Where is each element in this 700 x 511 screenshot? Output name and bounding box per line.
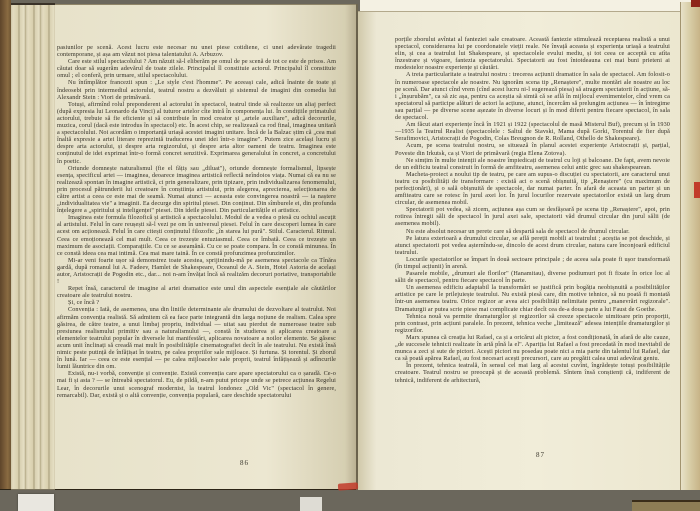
paragraph: Acum, pe scena teatrului nostru, se situ… [395, 142, 670, 156]
paragraph: Marx spunea că creația lui Rafael, ca și… [395, 334, 670, 362]
paragraph: Locurile spectatorilor se împart în două… [395, 256, 670, 270]
paragraph: Macheta-proiect a noului tip de teatru, … [395, 171, 670, 206]
paragraph: Mi-ar veni foarte ușor să demonstrez toa… [57, 257, 336, 285]
paragraph: Pasarele mobile, „drumuri ale florilor" … [395, 270, 670, 284]
paragraph: porțile zborului avîntat al fanteziei sa… [395, 36, 670, 71]
open-book: pasiunilor pe scenă. Acest lucru este ne… [0, 0, 700, 492]
paragraph: Oriunde domnește naturalismul (fie el fă… [57, 165, 336, 215]
red-bookmark-side [694, 182, 700, 198]
book-cover-bottom-edge [632, 500, 700, 511]
page-edge-stack [11, 3, 55, 490]
page-number: 87 [536, 451, 545, 459]
red-bookmark-top [691, 0, 700, 7]
right-page-text: porțile zborului avîntat al fanteziei sa… [395, 36, 670, 384]
paragraph: Un asemenea edificiu adaptabil la transf… [395, 284, 670, 312]
paragraph: Care este stilul spectacolului ? Am năzu… [57, 58, 336, 79]
paragraph: Și, ce încă ? [57, 299, 336, 306]
paragraph: Nu întîmplător francezii spun : „Le styl… [57, 79, 336, 100]
right-page-edge [680, 2, 700, 490]
paragraph: Totuși, afirmînd rolul preponderent al a… [57, 101, 336, 165]
paragraph: Tehnica nouă va permite dramaturgilor și… [395, 313, 670, 334]
paragraph: Convenția : Iată, de asemenea, una din l… [57, 306, 336, 370]
book-spine-edge [0, 0, 11, 489]
paragraph: Imaginea este formula filozofică și arti… [57, 214, 336, 257]
book-photo: pasiunilor pe scenă. Acest lucru este ne… [0, 0, 700, 511]
left-page-text: pasiunilor pe scenă. Acest lucru este ne… [57, 44, 336, 399]
paragraph: pasiunilor pe scenă. Acest lucru este ne… [57, 44, 336, 58]
paragraph: În prezent, tehnica teatrală, în sensul … [395, 362, 670, 383]
paragraph: Ne simțim în multe intenții ale noastre … [395, 157, 670, 171]
paragraph: Există, nu-i vorbă, convenție și convenț… [57, 370, 336, 398]
paragraph: Repet însă, caracterul de imagine al art… [57, 285, 336, 299]
paper-scrap [300, 497, 322, 511]
paragraph: Nu este absolut necesar un perete care s… [395, 228, 670, 235]
book-gutter [356, 4, 358, 490]
paragraph: Spectatorii pot vedea, să zicem, acțiune… [395, 206, 670, 227]
red-mark [338, 482, 358, 490]
paragraph: Pe latura exterioară a drumului circular… [395, 235, 670, 256]
paragraph: Am făcut atari experiențe încă în 1921 ș… [395, 121, 670, 142]
paper-scrap [18, 494, 54, 511]
page-number: 86 [240, 459, 249, 467]
paragraph: A treia particularitate a teatrului nost… [395, 71, 670, 121]
